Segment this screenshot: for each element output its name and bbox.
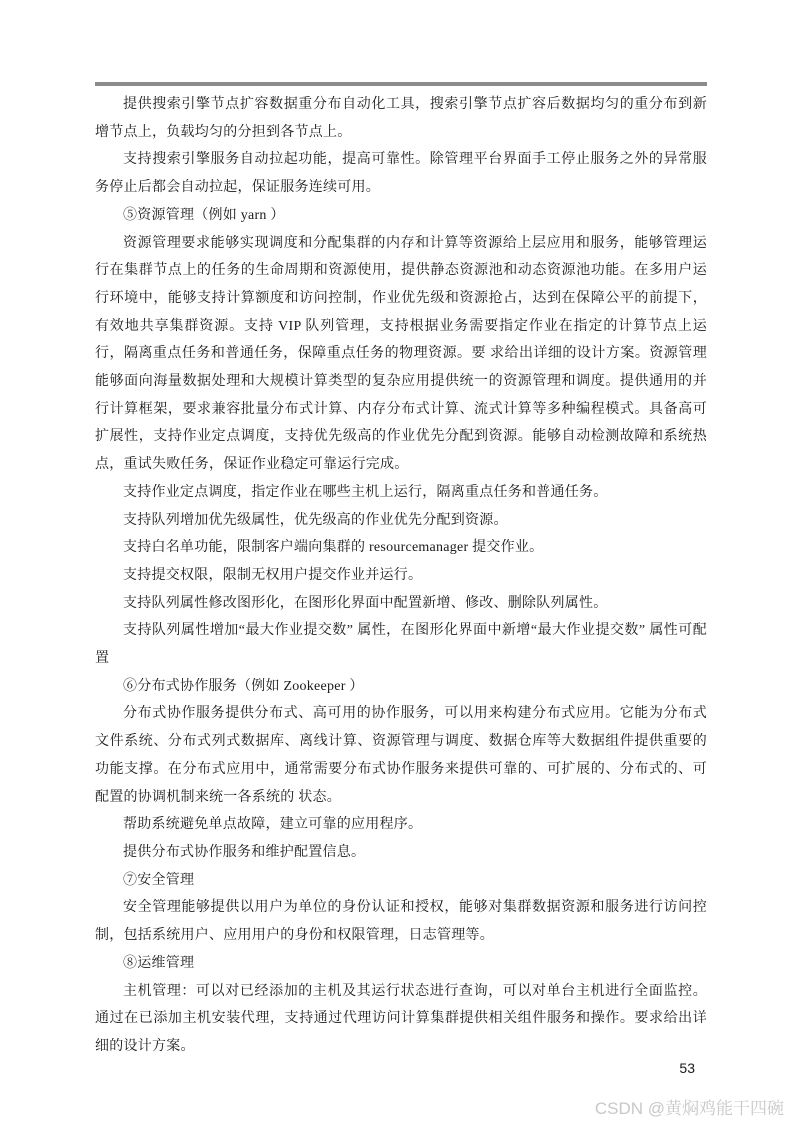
paragraph: ⑦安全管理: [95, 867, 707, 895]
paragraph: 支持提交权限，限制无权用户提交作业并运行。: [95, 562, 707, 590]
paragraph: 资源管理要求能够实现调度和分配集群的内存和计算等资源给上层应用和服务，能够管理运…: [95, 230, 707, 479]
paragraph: 支持队列属性增加“最大作业提交数” 属性，在图形化界面中新增“最大作业提交数” …: [95, 617, 707, 672]
paragraph: 提供搜索引擎节点扩容数据重分布自动化工具，搜索引擎节点扩容后数据均匀的重分布到新…: [95, 91, 707, 146]
paragraph: 帮助系统避免单点故障，建立可靠的应用程序。: [95, 811, 707, 839]
paragraph: ⑤资源管理（例如 yarn ）: [95, 202, 707, 230]
watermark: CSDN @黄焖鸡能干四碗: [595, 1098, 784, 1120]
document-page: 提供搜索引擎节点扩容数据重分布自动化工具，搜索引擎节点扩容后数据均匀的重分布到新…: [0, 0, 800, 1132]
paragraph: 支持白名单功能，限制客户端向集群的 resourcemanager 提交作业。: [95, 534, 707, 562]
paragraph: 支持队列增加优先级属性，优先级高的作业优先分配到资源。: [95, 507, 707, 535]
paragraph: 分布式协作服务提供分布式、高可用的协作服务，可以用来构建分布式应用。它能为分布式…: [95, 700, 707, 811]
document-body: 提供搜索引擎节点扩容数据重分布自动化工具，搜索引擎节点扩容后数据均匀的重分布到新…: [95, 91, 707, 1061]
paragraph: 安全管理能够提供以用户为单位的身份认证和授权，能够对集群数据资源和服务进行访问控…: [95, 894, 707, 949]
header-rule: [95, 82, 707, 86]
paragraph: 支持队列属性修改图形化，在图形化界面中配置新增、修改、删除队列属性。: [95, 590, 707, 618]
paragraph: 主机管理：可以对已经添加的主机及其运行状态进行查询，可以对单台主机进行全面监控。…: [95, 978, 707, 1061]
page-number: 53: [95, 1059, 695, 1077]
paragraph: ⑥分布式协作服务（例如 Zookeeper ）: [95, 673, 707, 701]
paragraph: 提供分布式协作服务和维护配置信息。: [95, 839, 707, 867]
paragraph: 支持作业定点调度，指定作业在哪些主机上运行，隔离重点任务和普通任务。: [95, 479, 707, 507]
paragraph: 支持搜索引擎服务自动拉起功能，提高可靠性。除管理平台界面手工停止服务之外的异常服…: [95, 146, 707, 201]
paragraph: ⑧运维管理: [95, 950, 707, 978]
